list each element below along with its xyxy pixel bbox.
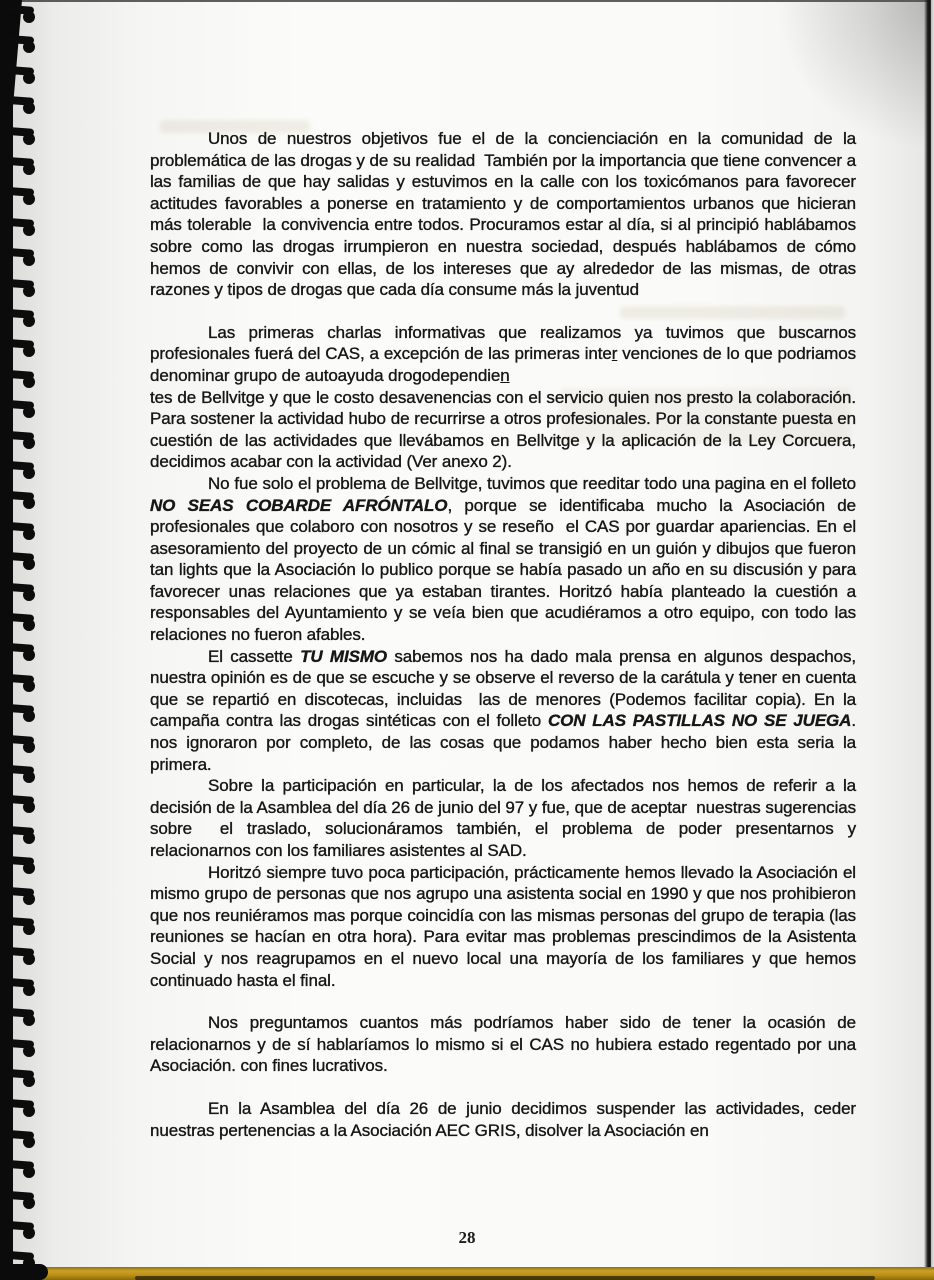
- binding-loop: [10, 96, 40, 114]
- binding-loop: [10, 583, 40, 601]
- scanned-page: Unos de nuestros objetivos fue el de la …: [0, 0, 934, 1280]
- spiral-binding: [0, 0, 45, 1280]
- binding-loop: [10, 1099, 40, 1117]
- binding-loop: [10, 218, 40, 236]
- paragraph: Las primeras charlas informativas que re…: [150, 322, 856, 473]
- binding-loop: [10, 5, 40, 23]
- paragraph: Unos de nuestros objetivos fue el de la …: [150, 128, 856, 301]
- binding-loop: [10, 1130, 40, 1148]
- binding-loop: [10, 795, 40, 813]
- binding-loop: [10, 643, 40, 661]
- binding-loop: [10, 826, 40, 844]
- binding-loop: [10, 1008, 40, 1026]
- paragraph: Sobre la participación en particular, la…: [150, 775, 856, 861]
- top-scan-edge: [14, 0, 934, 2]
- binding-loop: [10, 947, 40, 965]
- binding-loop: [10, 552, 40, 570]
- binding-loop: [10, 917, 40, 935]
- binding-loop: [10, 431, 40, 449]
- binding-loop: [10, 309, 40, 327]
- binding-loop: [10, 279, 40, 297]
- binding-loop: [10, 461, 40, 479]
- right-scan-edge: [924, 0, 934, 1280]
- binding-loop: [10, 1069, 40, 1087]
- binding-loop: [10, 248, 40, 266]
- bottom-gold-strip: [0, 1267, 934, 1280]
- binding-loop: [10, 1039, 40, 1057]
- paragraph: Nos preguntamos cuantos más podríamos ha…: [150, 1012, 856, 1077]
- binding-loop: [10, 887, 40, 905]
- page-text: Unos de nuestros objetivos fue el de la …: [150, 128, 856, 1141]
- paragraph: Horitzó siempre tuvo poca participación,…: [150, 862, 856, 992]
- binding-loop: [10, 1191, 40, 1209]
- binding-foot: [0, 1264, 48, 1280]
- binding-loop: [10, 613, 40, 631]
- binding-loop: [10, 1160, 40, 1178]
- binding-loop: [10, 400, 40, 418]
- binding-loop: [10, 704, 40, 722]
- binding-loop: [10, 127, 40, 145]
- binding-loop: [10, 157, 40, 175]
- binding-loop: [10, 978, 40, 996]
- paragraph: El cassette TU MISMO sabemos nos ha dado…: [150, 646, 856, 776]
- binding-loop: [10, 66, 40, 84]
- binding-loop: [10, 491, 40, 509]
- binding-loop: [10, 1221, 40, 1239]
- binding-loop: [10, 765, 40, 783]
- binding-loop: [10, 187, 40, 205]
- binding-loop: [10, 735, 40, 753]
- page-number: 28: [0, 1228, 934, 1248]
- binding-loop: [10, 674, 40, 692]
- paragraph: En la Asamblea del día 26 de junio decid…: [150, 1098, 856, 1141]
- binding-loop: [10, 35, 40, 53]
- paragraph: No fue solo el problema de Bellvitge, tu…: [150, 473, 856, 646]
- binding-loop: [10, 370, 40, 388]
- binding-loop: [10, 339, 40, 357]
- binding-loop: [10, 522, 40, 540]
- bottom-strip-shadow: [135, 1276, 875, 1280]
- binding-loop: [10, 856, 40, 874]
